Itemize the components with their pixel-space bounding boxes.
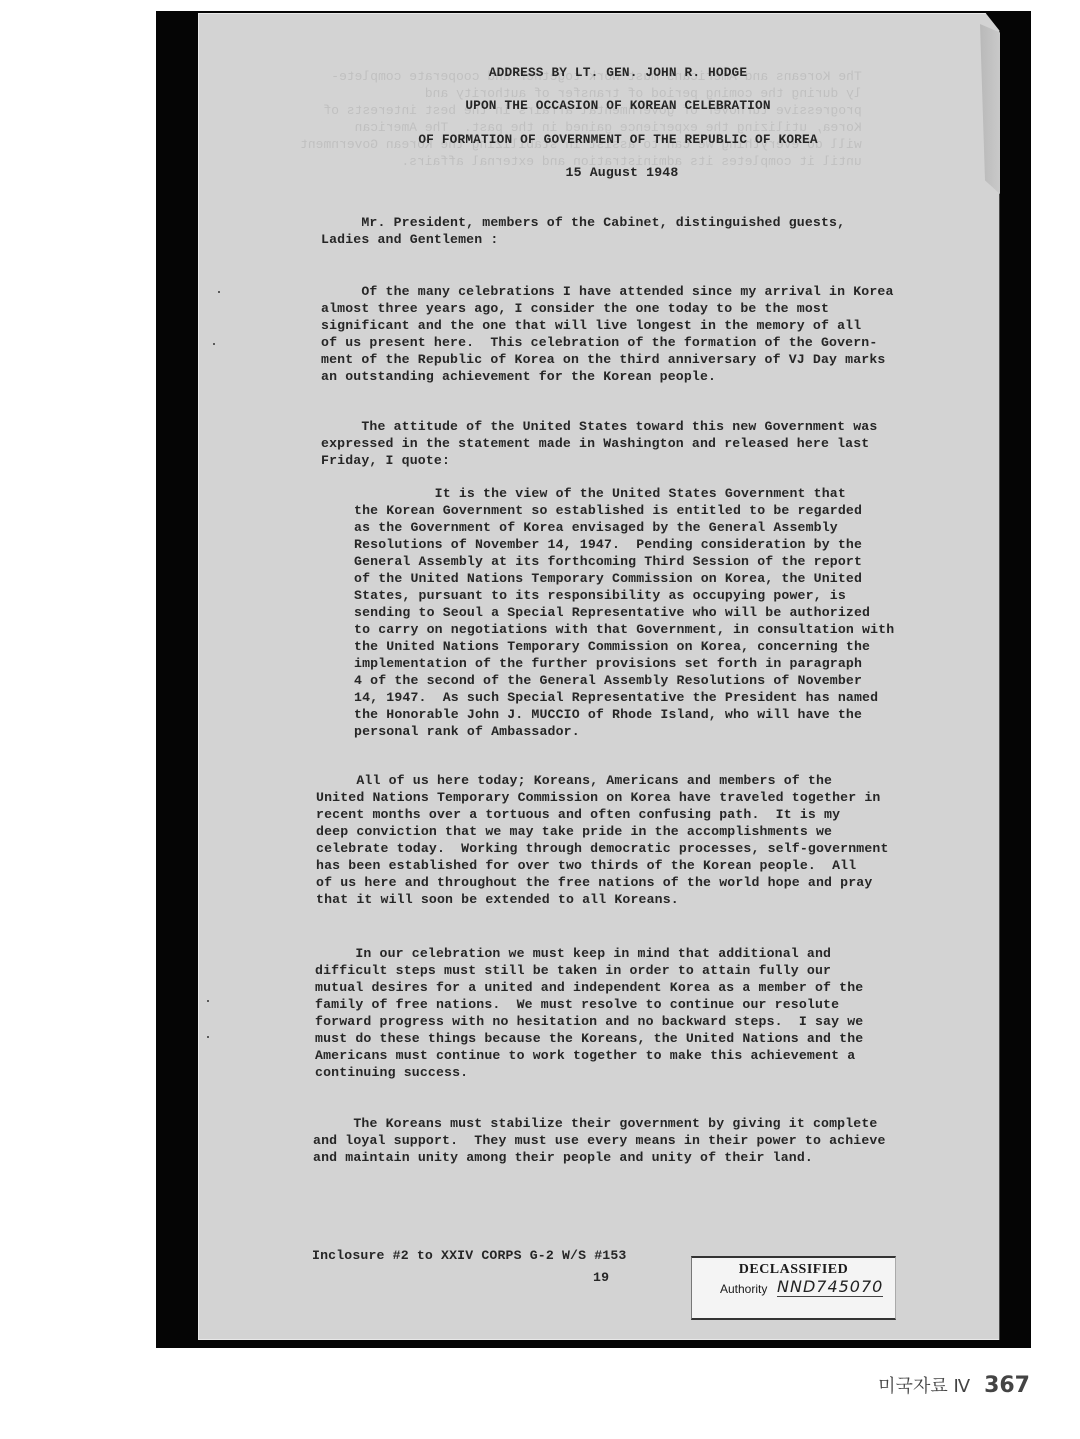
paragraph-4-line: mutual desires for a united and independ… [315, 979, 863, 996]
paragraph-1-line: an outstanding achievement for the Korea… [321, 368, 716, 385]
paragraph-1-line: almost three years ago, I consider the o… [321, 300, 829, 317]
paragraph-3-line: of us here and throughout the free natio… [316, 874, 872, 891]
heading-line-3: OF FORMATION OF GOVERNMENT OF THE REPUBL… [0, 131, 1080, 148]
paragraph-2-line: expressed in the statement made in Washi… [321, 435, 869, 452]
heading-date: 15 August 1948 [0, 164, 1080, 181]
paragraph-4-line: family of free nations. We must resolve … [315, 996, 839, 1013]
paragraph-4-line: must do these things because the Koreans… [315, 1030, 863, 1047]
salutation-line: Mr. President, members of the Cabinet, d… [321, 214, 845, 231]
inclosure-reference: Inclosure #2 to XXIV CORPS G-2 W/S #153 [312, 1247, 627, 1264]
paragraph-3-line: All of us here today; Koreans, Americans… [316, 772, 832, 789]
paragraph-5-line: and maintain unity among their people an… [313, 1149, 813, 1166]
heading-line-2: UPON THE OCCASION OF KOREAN CELEBRATION [0, 97, 1080, 114]
paragraph-1-line: of us present here. This celebration of … [321, 334, 877, 351]
authority-code: NND745070 [777, 1278, 883, 1297]
paragraph-1-line: Of the many celebrations I have attended… [321, 283, 894, 300]
paragraph-4-line: forward progress with no hesitation and … [315, 1013, 863, 1030]
authority-label: Authority [720, 1282, 767, 1296]
quote-line: 4 of the second of the General Assembly … [354, 672, 862, 689]
paragraph-3-line: has been established for over two thirds… [316, 857, 856, 874]
quote-line: 14, 1947. As such Special Representative… [354, 689, 878, 706]
scan-speck [207, 1036, 209, 1038]
paragraph-1-line: significant and the one that will live l… [321, 317, 861, 334]
paragraph-3-line: deep conviction that we may take pride i… [316, 823, 832, 840]
quote-line: to carry on negotiations with that Gover… [354, 621, 894, 638]
paragraph-4-line: In our celebration we must keep in mind … [315, 945, 831, 962]
declassified-stamp: DECLASSIFIED Authority NND745070 [691, 1256, 896, 1320]
paragraph-4-line: continuing success. [315, 1064, 468, 1081]
scan-speck [218, 291, 220, 293]
quote-line: States, pursuant to its responsibility a… [354, 587, 846, 604]
document-page-number: 19 [593, 1269, 609, 1286]
paragraph-3-line: recent months over a tortuous and often … [316, 806, 840, 823]
paragraph-2-line: The attitude of the United States toward… [321, 418, 877, 435]
quote-line: the Honorable John J. MUCCIO of Rhode Is… [354, 706, 862, 723]
paragraph-4-line: difficult steps must still be taken in o… [315, 962, 831, 979]
quote-line: Resolutions of November 14, 1947. Pendin… [354, 536, 862, 553]
salutation-line: Ladies and Gentlemen : [321, 231, 498, 248]
paragraph-4-line: Americans must continue to work together… [315, 1047, 855, 1064]
quote-line: personal rank of Ambassador. [354, 723, 580, 740]
footer-series-title: 미국자료 Ⅳ [878, 1372, 970, 1398]
paragraph-3-line: United Nations Temporary Commission on K… [316, 789, 880, 806]
quote-line: of the United Nations Temporary Commissi… [354, 570, 862, 587]
declassified-title: DECLASSIFIED [692, 1262, 895, 1278]
scan-speck [207, 1000, 209, 1002]
quote-line: the United Nations Temporary Commission … [354, 638, 870, 655]
paragraph-5-line: and loyal support. They must use every m… [313, 1132, 886, 1149]
paragraph-1-line: ment of the Republic of Korea on the thi… [321, 351, 885, 368]
quote-line: General Assembly at its forthcoming Thir… [354, 553, 862, 570]
quote-line: It is the view of the United States Gove… [354, 485, 846, 502]
scan-speck [213, 343, 215, 345]
page-footer: 미국자료 Ⅳ 367 [878, 1372, 1030, 1398]
paragraph-3-line: celebrate today. Working through democra… [316, 840, 889, 857]
quote-line: the Korean Government so established is … [354, 502, 862, 519]
quote-line: as the Government of Korea envisaged by … [354, 519, 838, 536]
paragraph-2-line: Friday, I quote: [321, 452, 450, 469]
paragraph-3-line: that it will soon be extended to all Kor… [316, 891, 679, 908]
footer-page-number: 367 [984, 1373, 1030, 1398]
paragraph-5-line: The Koreans must stabilize their governm… [313, 1115, 877, 1132]
quote-line: implementation of the further provisions… [354, 655, 862, 672]
quote-line: sending to Seoul a Special Representativ… [354, 604, 870, 621]
heading-line-1: ADDRESS BY LT. GEN. JOHN R. HODGE [0, 64, 1080, 81]
